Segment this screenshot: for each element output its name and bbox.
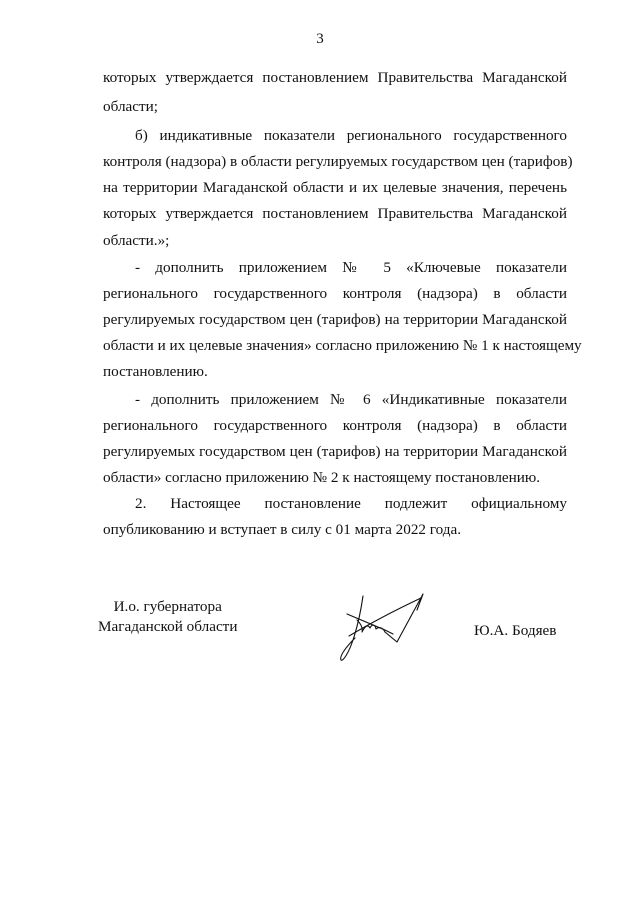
- text-line: области» согласно приложению № 2 к насто…: [103, 469, 540, 487]
- text-line: области.»;: [103, 232, 169, 250]
- text-line: опубликованию и вступает в силу с 01 мар…: [103, 521, 461, 539]
- text-line: области и их целевые значения» согласно …: [103, 337, 567, 355]
- text-line: на территории Магаданской области и их ц…: [103, 179, 567, 197]
- signer-position-line-1: И.о. губернатора: [98, 597, 237, 617]
- text-line: регулируемых государством цен (тарифов) …: [103, 311, 567, 329]
- text-line: б) индикативные показатели регионального…: [135, 127, 567, 145]
- text-line: регионального государственного контроля …: [103, 285, 567, 303]
- text-line: которых утверждается постановлением Прав…: [103, 205, 567, 223]
- text-line: - дополнить приложением № 5 «Ключевые по…: [135, 259, 567, 277]
- text-line: области;: [103, 98, 158, 116]
- text-line: контроля (надзора) в области регулируемы…: [103, 153, 567, 171]
- text-line: которых утверждается постановлением Прав…: [103, 69, 567, 87]
- signer-position: И.о. губернатора Магаданской области: [98, 597, 237, 637]
- page-number: 3: [0, 31, 640, 48]
- text-line: 2. Настоящее постановление подлежит офиц…: [135, 495, 567, 513]
- text-line: постановлению.: [103, 363, 208, 381]
- signer-position-line-2: Магаданской области: [98, 617, 237, 637]
- text-line: регулируемых государством цен (тарифов) …: [103, 443, 567, 461]
- text-line: - дополнить приложением № 6 «Индикативны…: [135, 391, 567, 409]
- text-line: регионального государственного контроля …: [103, 417, 567, 435]
- handwritten-signature-icon: [335, 590, 430, 665]
- signer-name: Ю.А. Бодяев: [474, 622, 556, 640]
